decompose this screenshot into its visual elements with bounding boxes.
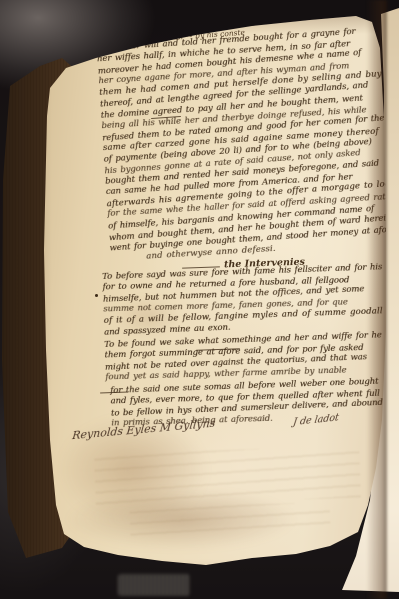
ink-speck [95,294,98,297]
ink-showthrough [94,445,361,506]
paper-stain [66,488,296,550]
table-object [118,574,190,596]
manuscript-page: Har mor ~ by his conste and honor will a… [0,0,399,599]
interrogatory-paragraph-1: To before sayd was sure fore with fame h… [102,262,384,338]
ink-showthrough [130,502,331,535]
interrogatory-paragraph-2: To be found we sake what somethinge and … [104,330,383,384]
manuscript-photo: Har mor ~ by his conste and honor will a… [0,0,399,599]
body-text-block: and honor will and told her fremde bough… [96,25,399,266]
